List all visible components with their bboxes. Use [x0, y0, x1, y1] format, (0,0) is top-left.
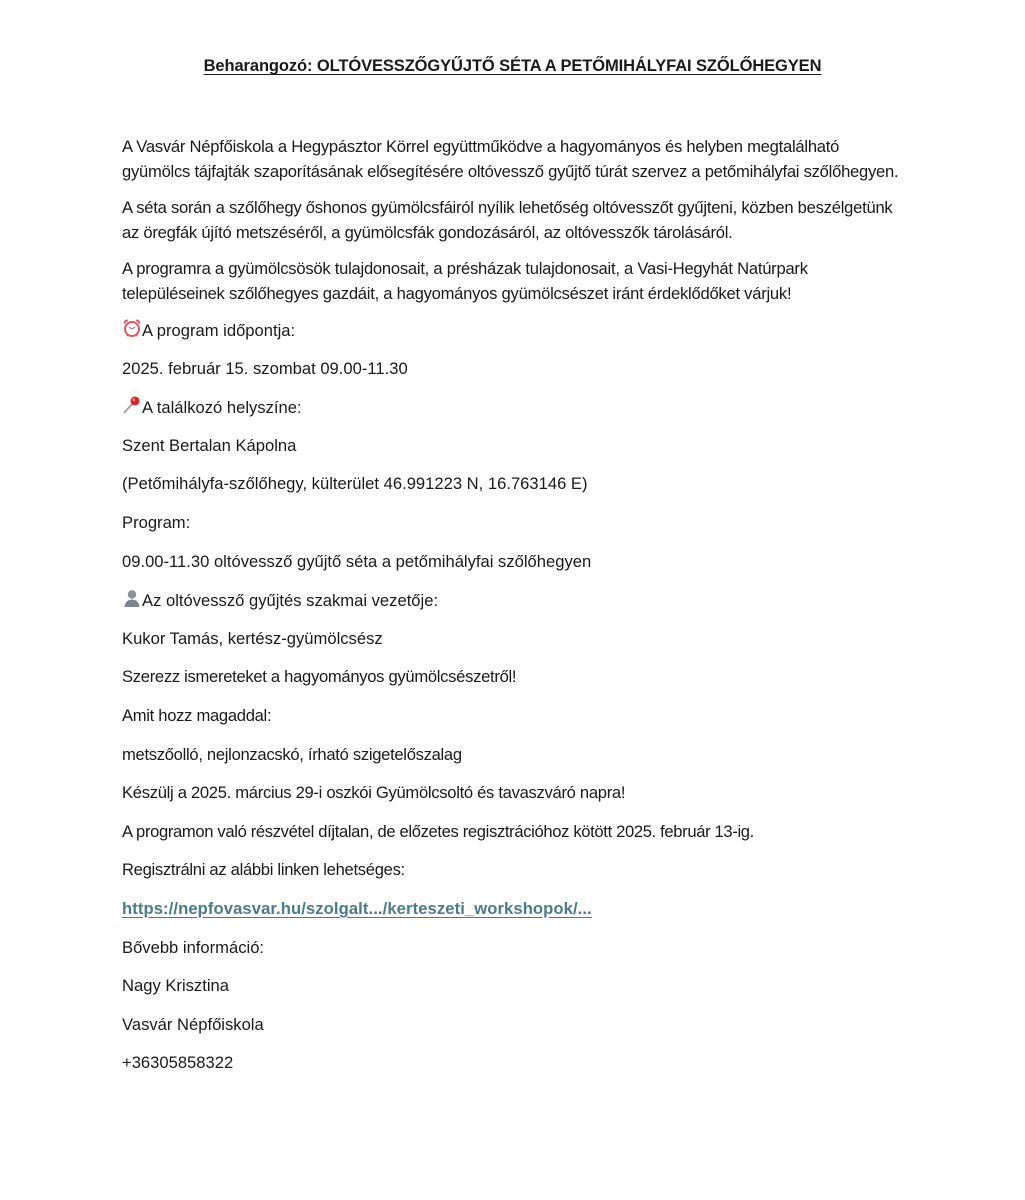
registration-link[interactable]: https://nepfovasvar.hu/szolgalt.../kerte… [122, 899, 592, 918]
location-heading-label: A találkozó helyszíne: [142, 398, 302, 417]
document-title: Beharangozó: OLTÓVESSZŐGYŰJTŐ SÉTA A PET… [0, 57, 1025, 76]
person-silhouette-icon [122, 588, 142, 608]
leader-heading: Az oltóvessző gyűjtés szakmai vezetője: [122, 588, 902, 612]
leader-name: Kukor Tamás, kertész-gyümölcsész [122, 627, 902, 651]
program-label: Program: [122, 511, 902, 535]
participation-note: A programon való részvétel díjtalan, de … [122, 820, 902, 844]
time-heading-label: A program időpontja: [142, 321, 295, 340]
slogan: Szerezz ismereteket a hagyományos gyümöl… [122, 665, 902, 689]
walk-description-paragraph: A séta során a szőlőhegy őshonos gyümölc… [122, 195, 902, 245]
program-item: 09.00-11.30 oltóvessző gyűjtő séta a pet… [122, 550, 902, 574]
leader-heading-label: Az oltóvessző gyűjtés szakmai vezetője: [142, 591, 438, 610]
location-detail: (Petőmihályfa-szőlőhegy, külterület 46.9… [122, 472, 902, 496]
audience-paragraph: A programra a gyümölcsösök tulajdonosait… [122, 256, 902, 306]
contact-name: Nagy Krisztina [122, 974, 902, 998]
registration-label: Regisztrálni az alábbi linken lehetséges… [122, 858, 902, 882]
registration-link-row: https://nepfovasvar.hu/szolgalt.../kerte… [122, 897, 902, 921]
pushpin-icon [122, 395, 142, 415]
location-name: Szent Bertalan Kápolna [122, 434, 902, 458]
alarm-clock-icon [122, 318, 142, 338]
contact-organization: Vasvár Népfőiskola [122, 1013, 902, 1037]
time-value: 2025. február 15. szombat 09.00-11.30 [122, 357, 902, 381]
next-event: Készülj a 2025. március 29-i oszkói Gyüm… [122, 781, 902, 805]
document-body: A Vasvár Népfőiskola a Hegypásztor Körre… [122, 134, 902, 1090]
time-heading: A program időpontja: [122, 318, 902, 342]
bring-items: metszőolló, nejlonzacskó, írható szigete… [122, 743, 902, 767]
contact-phone: +36305858322 [122, 1051, 902, 1075]
bring-label: Amit hozz magaddal: [122, 704, 902, 728]
intro-paragraph: A Vasvár Népfőiskola a Hegypásztor Körre… [122, 134, 902, 184]
more-info-label: Bővebb információ: [122, 936, 902, 960]
location-heading: A találkozó helyszíne: [122, 395, 902, 419]
